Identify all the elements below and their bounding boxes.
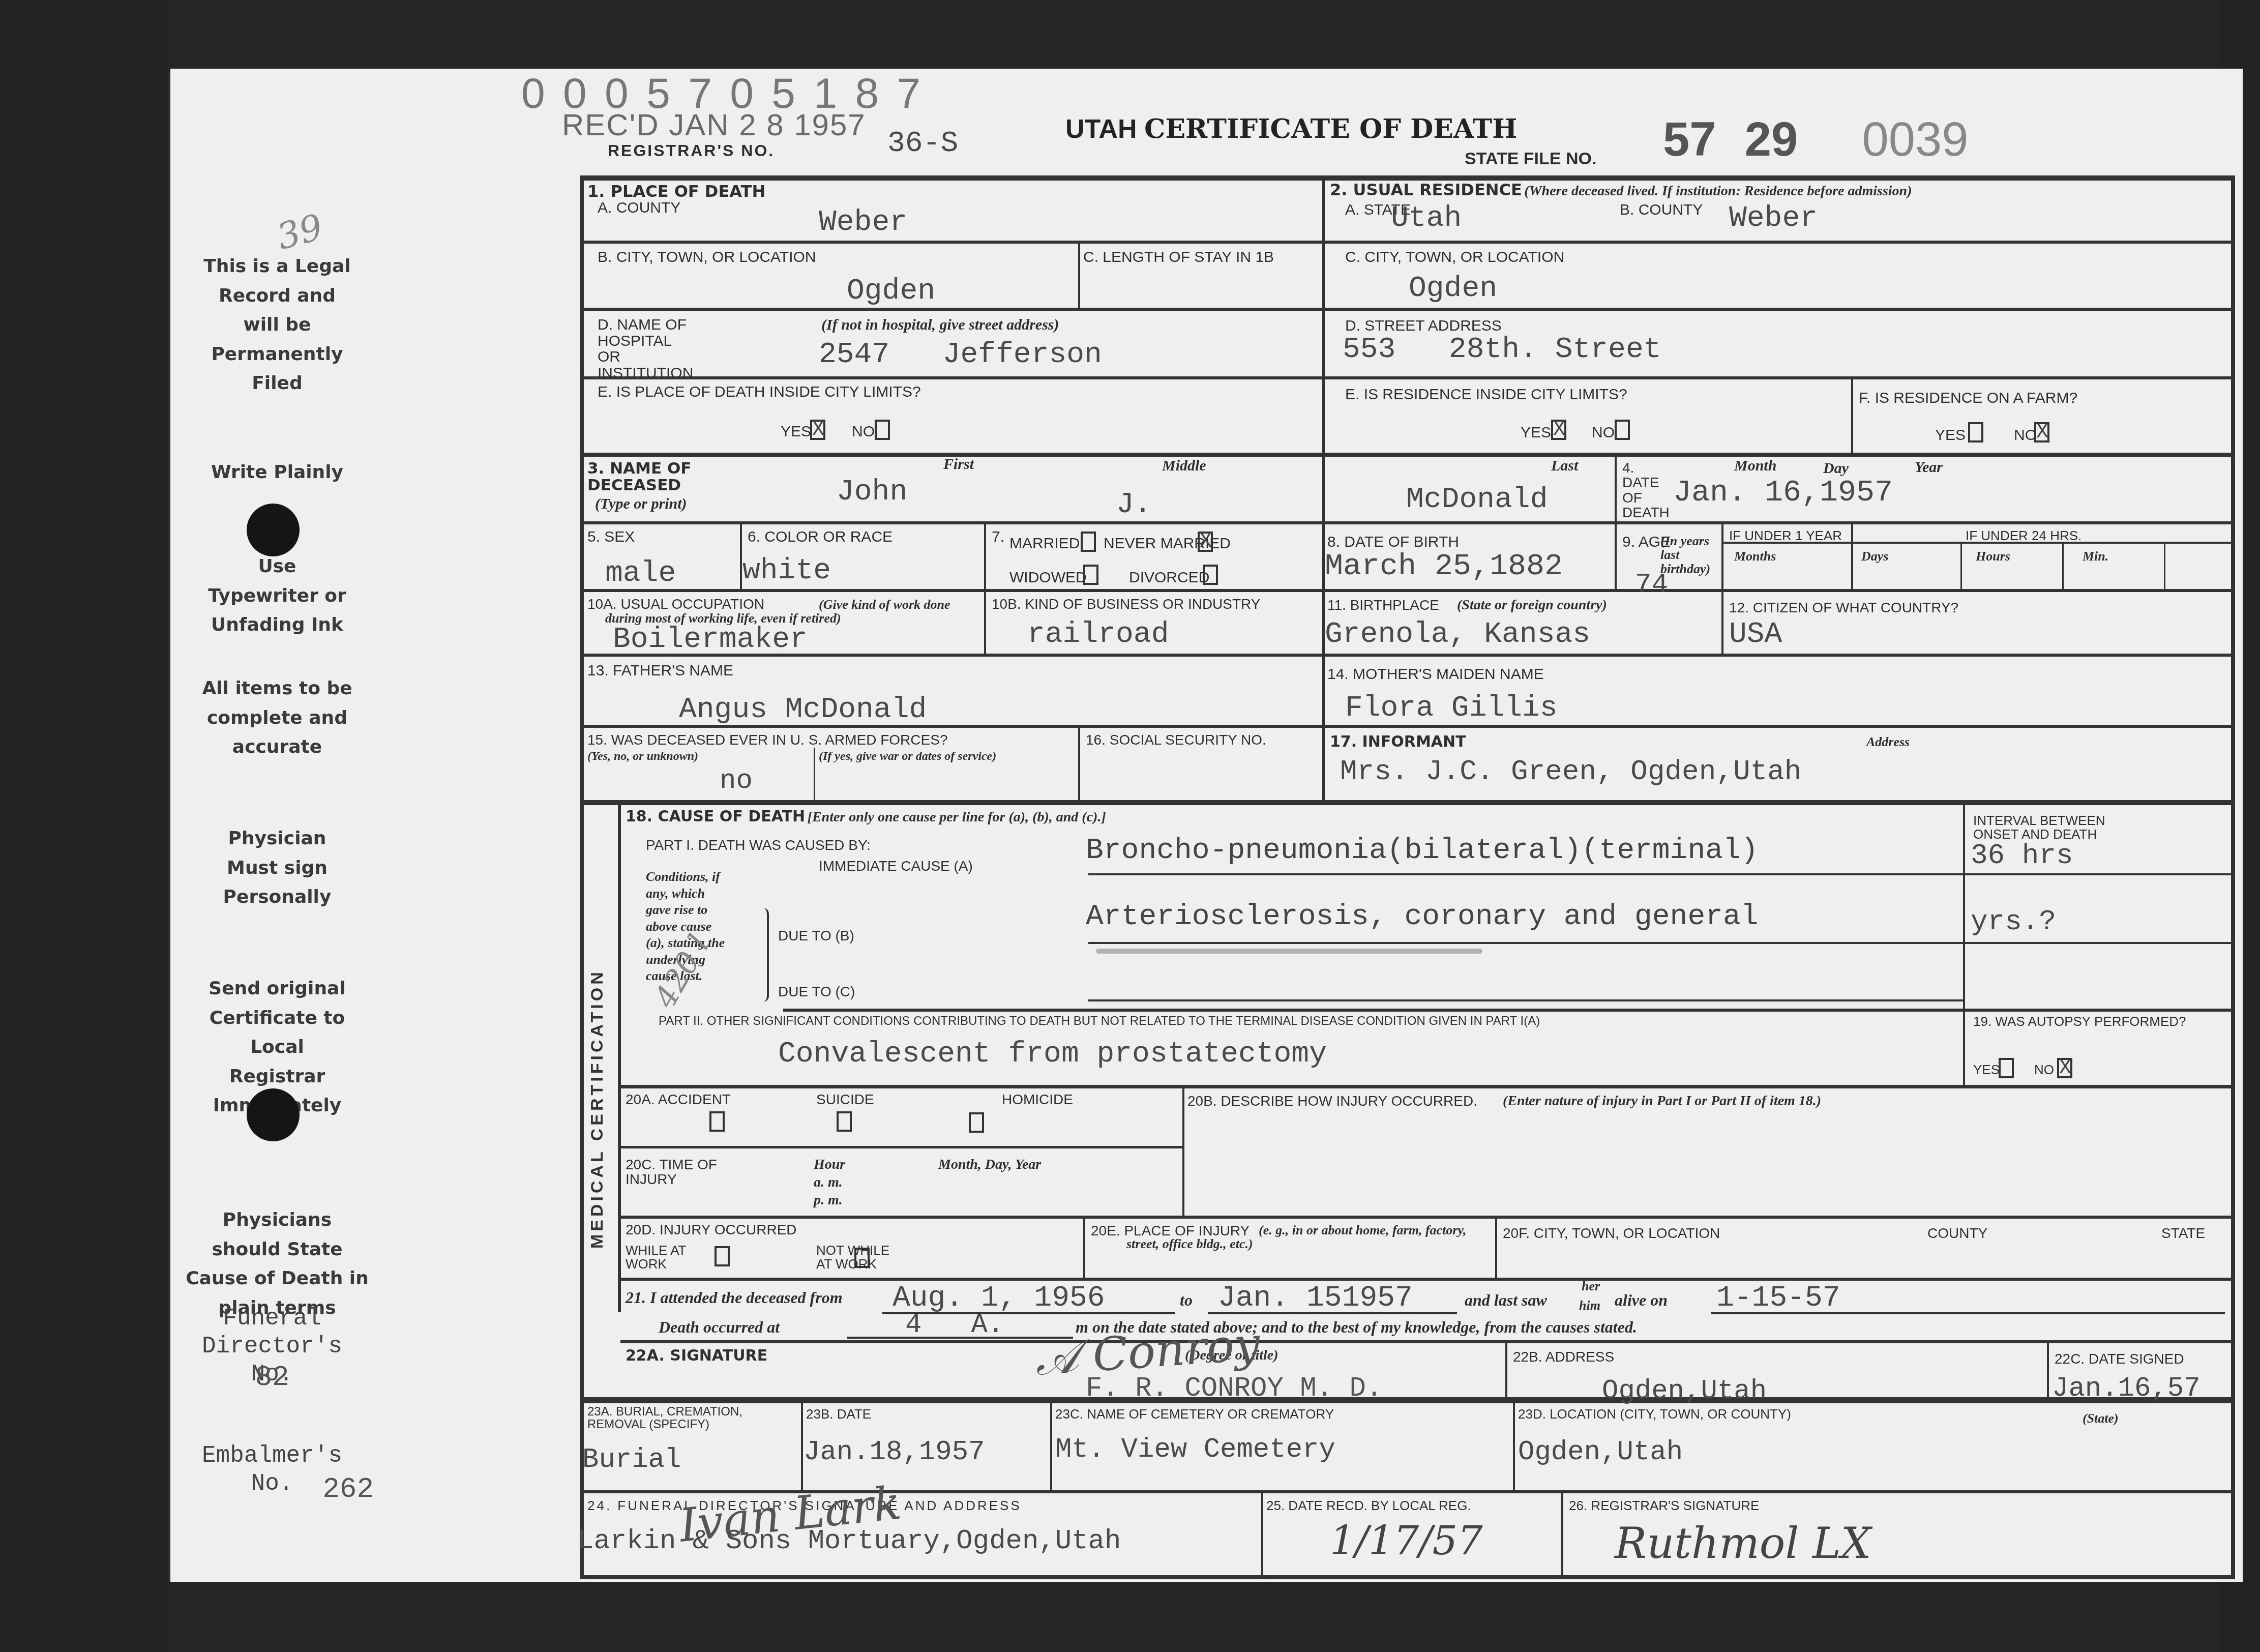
death-county-field[interactable]: Weber: [819, 206, 907, 239]
attended-to-field[interactable]: Jan. 151957: [1218, 1282, 1413, 1315]
father-name-field[interactable]: Angus McDonald: [679, 693, 927, 726]
certificate-title: UTAH CERTIFICATE OF DEATH: [1065, 113, 1517, 144]
death-city-field[interactable]: Ogden: [847, 275, 935, 308]
pm-label: p. m.: [814, 1193, 843, 1207]
usual-residence-hint: (Where deceased lived. If institution: R…: [1524, 183, 1912, 199]
burial-date-label: 23b. DATE: [806, 1407, 871, 1421]
middle-name-field[interactable]: J.: [1116, 488, 1152, 521]
birthplace-hint: (State or foreign country): [1457, 598, 1607, 612]
state-file-no-part: 29: [1745, 112, 1798, 166]
day-label: Day: [1823, 460, 1849, 477]
sidebar-note: Write Plainly: [201, 458, 353, 487]
scan-border-left: [0, 0, 168, 1652]
interval-b-field[interactable]: yrs.?: [1971, 905, 2056, 938]
alive-on-label: alive on: [1615, 1292, 1668, 1309]
length-of-stay-label: c. LENGTH OF STAY IN 1b: [1083, 249, 1274, 265]
physician-signature-field[interactable]: F. R. CONROY M. D.: [1086, 1373, 1382, 1404]
burial-date-field[interactable]: Jan.18,1957: [804, 1437, 985, 1468]
informant-address-label: Address: [1866, 735, 1910, 749]
punch-hole: [247, 504, 300, 556]
immediate-cause-field[interactable]: Broncho-pneumonia(bilateral)(terminal): [1086, 834, 1759, 867]
widowed-label: WIDOWED: [1009, 570, 1087, 586]
registrars-no: 36-S: [887, 127, 958, 160]
signature-label: 22a. SIGNATURE: [626, 1348, 767, 1364]
death-certificate-page: 0 0 0 5 7 0 5 1 8 7 REC'D JAN 2 8 1957 R…: [170, 69, 2243, 1582]
received-stamp: REC'D JAN 2 8 1957: [562, 107, 866, 142]
inside-city-no-checkbox[interactable]: [875, 420, 890, 440]
due-to-c-field[interactable]: [1086, 969, 1950, 997]
autopsy-no-checkbox[interactable]: [2057, 1058, 2072, 1078]
residence-inside-city-yes-checkbox[interactable]: [1551, 420, 1566, 440]
her-label: her: [1582, 1279, 1600, 1293]
hour-label: Hour: [814, 1157, 845, 1172]
birthplace-label: 11. BIRTHPLACE: [1327, 598, 1439, 612]
yes-label: YES: [1973, 1063, 2000, 1077]
interval-label: INTERVAL BETWEEN ONSET AND DEATH: [1973, 814, 2126, 842]
homicide-label: HOMICIDE: [1002, 1092, 1073, 1107]
disposition-label: 23a. BURIAL, CREMATION, REMOVAL (Specify…: [587, 1405, 801, 1431]
never-married-checkbox[interactable]: [1198, 532, 1213, 552]
age-hint: (In years last birthday): [1660, 534, 1721, 576]
widowed-checkbox[interactable]: [1083, 565, 1098, 585]
date-of-birth-label: 8. DATE OF BIRTH: [1327, 534, 1459, 550]
funeral-director-no: 82: [186, 1361, 359, 1395]
injury-county-label: COUNTY: [1927, 1226, 1987, 1241]
race-field[interactable]: white: [742, 554, 831, 587]
scan-border-top: [0, 0, 2260, 71]
no-label: NO: [2014, 427, 2037, 444]
date-signed-field[interactable]: Jan.16,57: [2052, 1373, 2200, 1404]
citizen-field[interactable]: USA: [1729, 618, 1782, 651]
cause-of-death-label: 18. CAUSE OF DEATH: [626, 808, 805, 825]
alive-on-field[interactable]: 1-15-57: [1716, 1282, 1840, 1315]
age-field[interactable]: 74: [1635, 570, 1668, 601]
race-label: 6. COLOR OR RACE: [748, 529, 893, 545]
residence-county-label: b. COUNTY: [1620, 202, 1703, 218]
middle-name-label: Middle: [1162, 458, 1206, 474]
street-address-field[interactable]: 553 28th. Street: [1343, 333, 1661, 366]
on-farm-no-checkbox[interactable]: [2034, 422, 2049, 442]
married-checkbox[interactable]: [1081, 532, 1096, 552]
first-name-label: First: [943, 456, 974, 473]
under-24-hrs-label: IF UNDER 24 HRS.: [1966, 529, 2081, 543]
on-farm-label: f. IS RESIDENCE ON A FARM?: [1859, 390, 2077, 406]
funeral-director-field[interactable]: Larkin & Sons Mortuary,Ogden,Utah: [577, 1526, 1121, 1557]
mother-name-label: 14. MOTHER'S MAIDEN NAME: [1327, 666, 1544, 683]
due-to-b-field[interactable]: Arteriosclerosis, coronary and general: [1086, 900, 1759, 933]
disposition-field[interactable]: Burial: [582, 1444, 681, 1476]
inside-city-label: e. IS PLACE OF DEATH INSIDE CITY LIMITS?: [598, 384, 921, 400]
injury-city-label: 20f. CITY, TOWN, OR LOCATION: [1503, 1226, 1720, 1241]
describe-injury-label: 20b. DESCRIBE HOW INJURY OCCURRED.: [1187, 1094, 1477, 1108]
injury-occurred-label: 20d. INJURY OCCURRED: [626, 1222, 797, 1237]
residence-inside-city-label: e. IS RESIDENCE INSIDE CITY LIMITS?: [1345, 387, 1627, 403]
month-day-year-label: Month, Day, Year: [938, 1157, 1041, 1172]
cause-of-death-hint: [Enter only one cause per line for (a), …: [808, 809, 1106, 825]
length-of-stay-field[interactable]: [1086, 275, 1315, 305]
residence-city-label: c. CITY, TOWN, OR LOCATION: [1345, 249, 1564, 265]
divorced-label: DIVORCED: [1129, 570, 1209, 586]
scan-border-bottom: [0, 1581, 2260, 1652]
under-1-year-label: IF UNDER 1 YEAR: [1729, 529, 1842, 543]
inside-city-yes-checkbox[interactable]: [810, 420, 825, 440]
registrars-no-label: REGISTRAR'S NO.: [608, 142, 775, 160]
hospital-label: d. NAME OF HOSPITAL OR INSTITUTION: [598, 317, 694, 381]
injury-state-label: STATE: [2161, 1226, 2205, 1241]
time-of-injury-label: 20c. TIME OF INJURY: [626, 1157, 748, 1187]
title-text: CERTIFICATE OF DEATH: [1144, 113, 1517, 144]
while-at-work-checkbox[interactable]: [715, 1246, 730, 1266]
date-of-death-label: 4. DATE OF DEATH: [1622, 460, 1673, 520]
city-label: b. CITY, TOWN, OR LOCATION: [598, 249, 816, 265]
marital-status-label: 7.: [992, 529, 1004, 545]
yes-label: YES: [781, 424, 811, 440]
ssn-field[interactable]: [1086, 765, 1315, 796]
embalmer-no: 262: [247, 1472, 374, 1507]
part2-label: PART II. OTHER SIGNIFICANT CONDITIONS CO…: [659, 1015, 1540, 1027]
state-file-no-label: STATE FILE NO.: [1465, 150, 1596, 168]
divorced-checkbox[interactable]: [1203, 565, 1218, 585]
armed-forces-label: 15. WAS DECEASED EVER IN U. S. ARMED FOR…: [587, 732, 947, 747]
date-signed-label: 22c. DATE SIGNED: [2055, 1351, 2184, 1366]
date-received-field[interactable]: 1/17/57: [1330, 1518, 1483, 1564]
month-label: Month: [1734, 458, 1776, 474]
usual-residence-label: 2. USUAL RESIDENCE: [1330, 180, 1522, 199]
street-address-label: d. STREET ADDRESS: [1345, 318, 1502, 334]
place-of-death-label: 1. PLACE OF DEATH: [587, 183, 765, 200]
sex-label: 5. SEX: [587, 529, 635, 545]
days-label: Days: [1861, 549, 1888, 563]
deceased-name-hint: (Type or print): [595, 496, 687, 512]
part2-field[interactable]: Convalescent from prostatectomy: [778, 1038, 1327, 1071]
last-name-field[interactable]: McDonald: [1406, 483, 1548, 516]
industry-field[interactable]: railroad: [1027, 618, 1169, 651]
burial-location-label: 23d. LOCATION (City, town, or county): [1518, 1407, 1791, 1421]
am-label: a. m.: [814, 1175, 843, 1190]
registrar-signature-field[interactable]: Ruthmol LX: [1615, 1518, 1871, 1568]
punch-hole: [247, 1088, 300, 1141]
residence-county-field[interactable]: Weber: [1729, 202, 1818, 235]
sidebar-note: Use Typewriter or Unfading Ink: [201, 552, 353, 640]
suicide-label: SUICIDE: [816, 1092, 874, 1107]
months-label: Months: [1734, 549, 1776, 563]
pencil-underline: [1096, 949, 1482, 954]
residence-inside-city-no-checkbox[interactable]: [1615, 420, 1630, 440]
state-file-no: 57 29 0039: [1663, 112, 1969, 167]
sidebar-note: Physician Must sign Personally: [201, 824, 353, 912]
place-of-injury-hint: (e. g., in or about home, farm, factory,…: [1126, 1223, 1472, 1251]
attended-label: 21. I attended the deceased from: [626, 1289, 843, 1307]
sex-field[interactable]: male: [605, 557, 676, 590]
immediate-cause-label: IMMEDIATE CAUSE (a): [819, 859, 973, 873]
usual-residence-header: 2. USUAL RESIDENCE (Where deceased lived…: [1330, 182, 1912, 199]
armed-forces-field[interactable]: no: [720, 765, 753, 796]
min-label: Min.: [2083, 549, 2108, 563]
informant-label: 17. INFORMANT: [1330, 734, 1466, 750]
him-label: him: [1579, 1299, 1600, 1312]
hospital-field[interactable]: 2547 Jefferson: [819, 338, 1102, 371]
registrar-signature-label: 26. REGISTRAR'S SIGNATURE: [1569, 1499, 1759, 1513]
medical-certification-label: MEDICAL CERTIFICATION: [587, 969, 607, 1249]
yes-label: YES: [1935, 427, 1966, 444]
part1-label: PART I. DEATH WAS CAUSED BY:: [646, 838, 871, 852]
burial-state-label: (State): [2083, 1411, 2119, 1425]
no-label: NO: [852, 424, 875, 440]
yes-label: YES: [1521, 425, 1551, 441]
industry-label: 10b. KIND OF BUSINESS OR INDUSTRY: [992, 597, 1261, 611]
due-to-c-label: DUE TO (c): [778, 984, 855, 999]
margin-note: 39: [273, 206, 327, 258]
ssn-label: 16. SOCIAL SECURITY NO.: [1086, 732, 1266, 747]
last-name-label: Last: [1551, 458, 1578, 474]
armed-forces-hint: (Yes, no, or unknown): [587, 750, 698, 763]
cemetery-field[interactable]: Mt. View Cemetery: [1055, 1434, 1335, 1465]
date-of-birth-field[interactable]: March 25,1882: [1325, 549, 1563, 584]
autopsy-label: 19. WAS AUTOPSY PERFORMED?: [1973, 1015, 2186, 1028]
death-occurred-at-field[interactable]: 4 A.: [905, 1310, 1004, 1341]
no-label: NO: [2034, 1063, 2054, 1077]
residence-state-field[interactable]: Utah: [1391, 202, 1462, 235]
last-saw-label: and last saw: [1465, 1292, 1547, 1309]
residence-city-field[interactable]: Ogden: [1409, 272, 1497, 305]
mother-name-field[interactable]: Flora Gillis: [1345, 692, 1558, 725]
suicide-checkbox[interactable]: [837, 1111, 852, 1132]
cause-of-death-header: 18. CAUSE OF DEATH [Enter only one cause…: [626, 809, 1106, 825]
state-file-no-part: 57: [1663, 112, 1716, 166]
accident-label: 20a. ACCIDENT: [626, 1092, 731, 1107]
while-at-work-label: WHILE AT WORK: [626, 1244, 697, 1272]
date-received-label: 25. DATE RECD. BY LOCAL REG.: [1266, 1499, 1471, 1513]
hours-label: Hours: [1976, 549, 2010, 563]
on-farm-yes-checkbox[interactable]: [1968, 422, 1983, 442]
county-label: a. COUNTY: [598, 200, 680, 216]
describe-injury-hint: (Enter nature of injury in Part I or Par…: [1503, 1094, 1821, 1108]
describe-injury-field[interactable]: [1187, 1116, 2225, 1211]
interval-a-field[interactable]: 36 hrs: [1971, 839, 2073, 872]
armed-forces-service-hint: (If yes, give war or dates of service): [819, 750, 996, 763]
state-file-no-part: 0039: [1862, 112, 1968, 166]
citizen-label: 12. CITIZEN OF WHAT COUNTRY?: [1729, 600, 1958, 615]
hospital-hint: (If not in hospital, give street address…: [821, 317, 1059, 333]
sidebar-note: All items to be complete and accurate: [201, 674, 353, 762]
burial-location-field[interactable]: Ogden,Utah: [1518, 1437, 1683, 1468]
birthplace-field[interactable]: Grenola, Kansas: [1325, 618, 1590, 651]
informant-field[interactable]: Mrs. J.C. Green, Ogden,Utah: [1340, 755, 1801, 788]
accident-checkbox[interactable]: [709, 1111, 725, 1132]
occupation-hint: (Give kind of work done during most of w…: [605, 598, 982, 626]
married-label: MARRIED: [1009, 536, 1080, 552]
homicide-checkbox[interactable]: [969, 1112, 984, 1133]
occupation-field[interactable]: Boilermaker: [613, 623, 808, 656]
title-prefix: UTAH: [1065, 114, 1137, 144]
physician-address-field[interactable]: Ogden,Utah: [1602, 1376, 1767, 1407]
autopsy-yes-checkbox[interactable]: [1999, 1058, 2014, 1078]
not-while-at-work-checkbox[interactable]: [854, 1248, 870, 1268]
first-name-field[interactable]: John: [837, 476, 907, 509]
death-occurred-at-label: Death occurred at: [659, 1319, 780, 1336]
physician-address-label: 22b. ADDRESS: [1513, 1349, 1614, 1364]
deceased-name-label: 3. NAME OF DECEASED: [587, 460, 704, 493]
bracket-divider: [763, 908, 769, 1002]
no-label: NO: [1592, 425, 1615, 441]
date-of-death-field[interactable]: Jan. 16,1957: [1673, 476, 1893, 510]
father-name-label: 13. FATHER'S NAME: [587, 663, 733, 679]
due-to-b-label: DUE TO (b): [778, 928, 854, 943]
cemetery-label: 23c. NAME OF CEMETERY OR CREMATORY: [1055, 1407, 1334, 1421]
sidebar-note: This is a Legal Record and will be Perma…: [201, 252, 353, 398]
to-label: to: [1180, 1292, 1193, 1309]
year-label: Year: [1915, 459, 1943, 476]
